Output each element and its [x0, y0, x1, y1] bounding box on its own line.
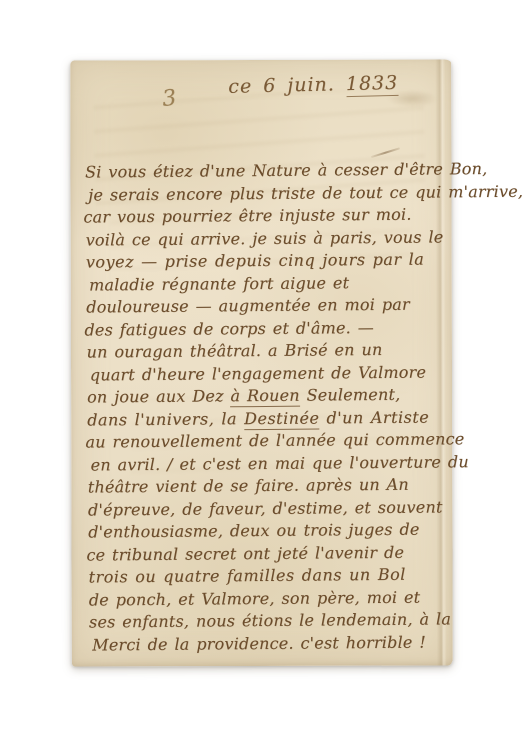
letter-line: car vous pourriez être injuste sur moi.: [83, 203, 437, 229]
underlined-phrase-destinee: Destinée: [244, 408, 319, 430]
letter-line: Si vous étiez d'une Nature à cesser d'êt…: [85, 158, 437, 184]
letter-line: d'enthousiasme, deux ou trois juges de: [88, 518, 440, 544]
letter-line: ce tribunal secret ont jeté l'avenir de: [86, 541, 440, 567]
page-number: 3: [161, 86, 178, 112]
letter-line: voilà ce qui arrive. je suis à paris, vo…: [86, 226, 438, 252]
letter-line: des fatigues de corps et d'âme. —: [84, 316, 438, 342]
letter-line: voyez — prise depuis cinq jours par la: [86, 248, 438, 274]
letter-line: on joue aux Dez à Rouen Seulement,: [87, 383, 439, 409]
letter-body: Si vous étiez d'une Nature à cesser d'êt…: [85, 158, 441, 656]
scan-background: 3 ce 6 juin. 1833 Si vous étiez d'une Na…: [0, 0, 530, 743]
letter-line: au renouvellement de l'année qui commenc…: [85, 428, 439, 454]
letter-line: je serais encore plus triste de tout ce …: [88, 181, 437, 207]
letter-line: trois ou quatre familles dans un Bol: [88, 563, 440, 589]
ink-stroke-mark: [371, 147, 400, 158]
letter-line: théâtre vient de se faire. après un An: [88, 473, 440, 499]
letter-line: ses enfants, nous étions le lendemain, à…: [89, 608, 441, 634]
date-text: ce 6 juin.: [228, 73, 346, 98]
letter-line: dans l'univers, la Destinée d'un Artiste: [87, 406, 439, 432]
letter-line: Merci de la providence. c'est horrible !: [92, 631, 441, 657]
underlined-phrase-rouen: à Rouen: [230, 386, 299, 408]
line-segment: dans l'univers, la: [87, 409, 244, 429]
letter-line: d'épreuve, de faveur, d'estime, et souve…: [88, 496, 440, 522]
letter-line: de ponch, et Valmore, son père, moi et: [89, 586, 441, 612]
letter-line: douloureuse — augmentée en moi par: [86, 293, 438, 319]
line-segment: Seulement,: [300, 385, 401, 405]
letter-line: quart d'heure l'engagement de Valmore: [90, 361, 439, 387]
letter-line: maladie régnante fort aigue et: [89, 271, 438, 297]
letter-page: 3 ce 6 juin. 1833 Si vous étiez d'une Na…: [70, 60, 453, 667]
line-segment: on joue aux Dez: [87, 386, 231, 406]
line-segment: d'un Artiste: [319, 407, 429, 427]
date-year-underlined: 1833: [346, 72, 399, 97]
date-line: ce 6 juin. 1833: [228, 72, 398, 98]
letter-line: un ouragan théâtral. a Brisé en un: [87, 338, 439, 364]
letter-line: en avril. / et c'est en mai que l'ouvert…: [91, 451, 440, 477]
